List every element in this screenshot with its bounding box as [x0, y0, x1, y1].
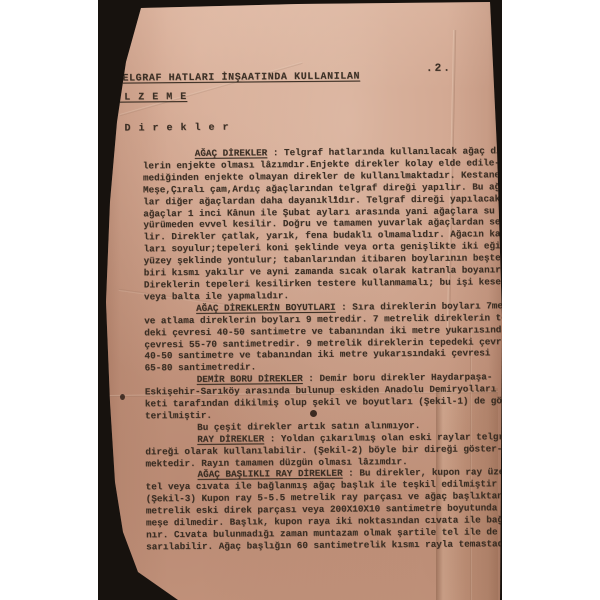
document-title-line2: M A L Z E M E — [96, 89, 500, 104]
text-line: sarılabilir. Ağaç başlığın 60 santimetre… — [146, 538, 502, 553]
paper-sheet: .2. A- TELGRAF HATLARI İNŞAATINDA KULLAN… — [98, 0, 502, 600]
scanner-bed: .2. A- TELGRAF HATLARI İNŞAATINDA KULLAN… — [98, 0, 502, 600]
paragraph-heading: AĞAÇ DİREKLER — [195, 147, 268, 159]
document-body: AĞAÇ DİREKLER : Telgraf hatlarında kulla… — [143, 145, 503, 553]
paragraph-heading: AĞAÇ DİREKLERİN BOYUTLARI — [196, 301, 336, 313]
paragraph-heading: AĞAÇ BAŞLIKLI RAY DİREKLER — [197, 468, 342, 480]
typewritten-content: .2. A- TELGRAF HATLARI İNŞAATINDA KULLAN… — [95, 0, 504, 600]
document-title-line1: A- TELGRAF HATLARI İNŞAATINDA KULLANILAN — [96, 70, 500, 85]
section-heading: 1 - D i r e k l e r — [96, 120, 500, 135]
paragraph-heading: RAY DİREKLER — [197, 433, 264, 445]
paragraph-heading: DEMİR BORU DİREKLER — [197, 373, 303, 385]
